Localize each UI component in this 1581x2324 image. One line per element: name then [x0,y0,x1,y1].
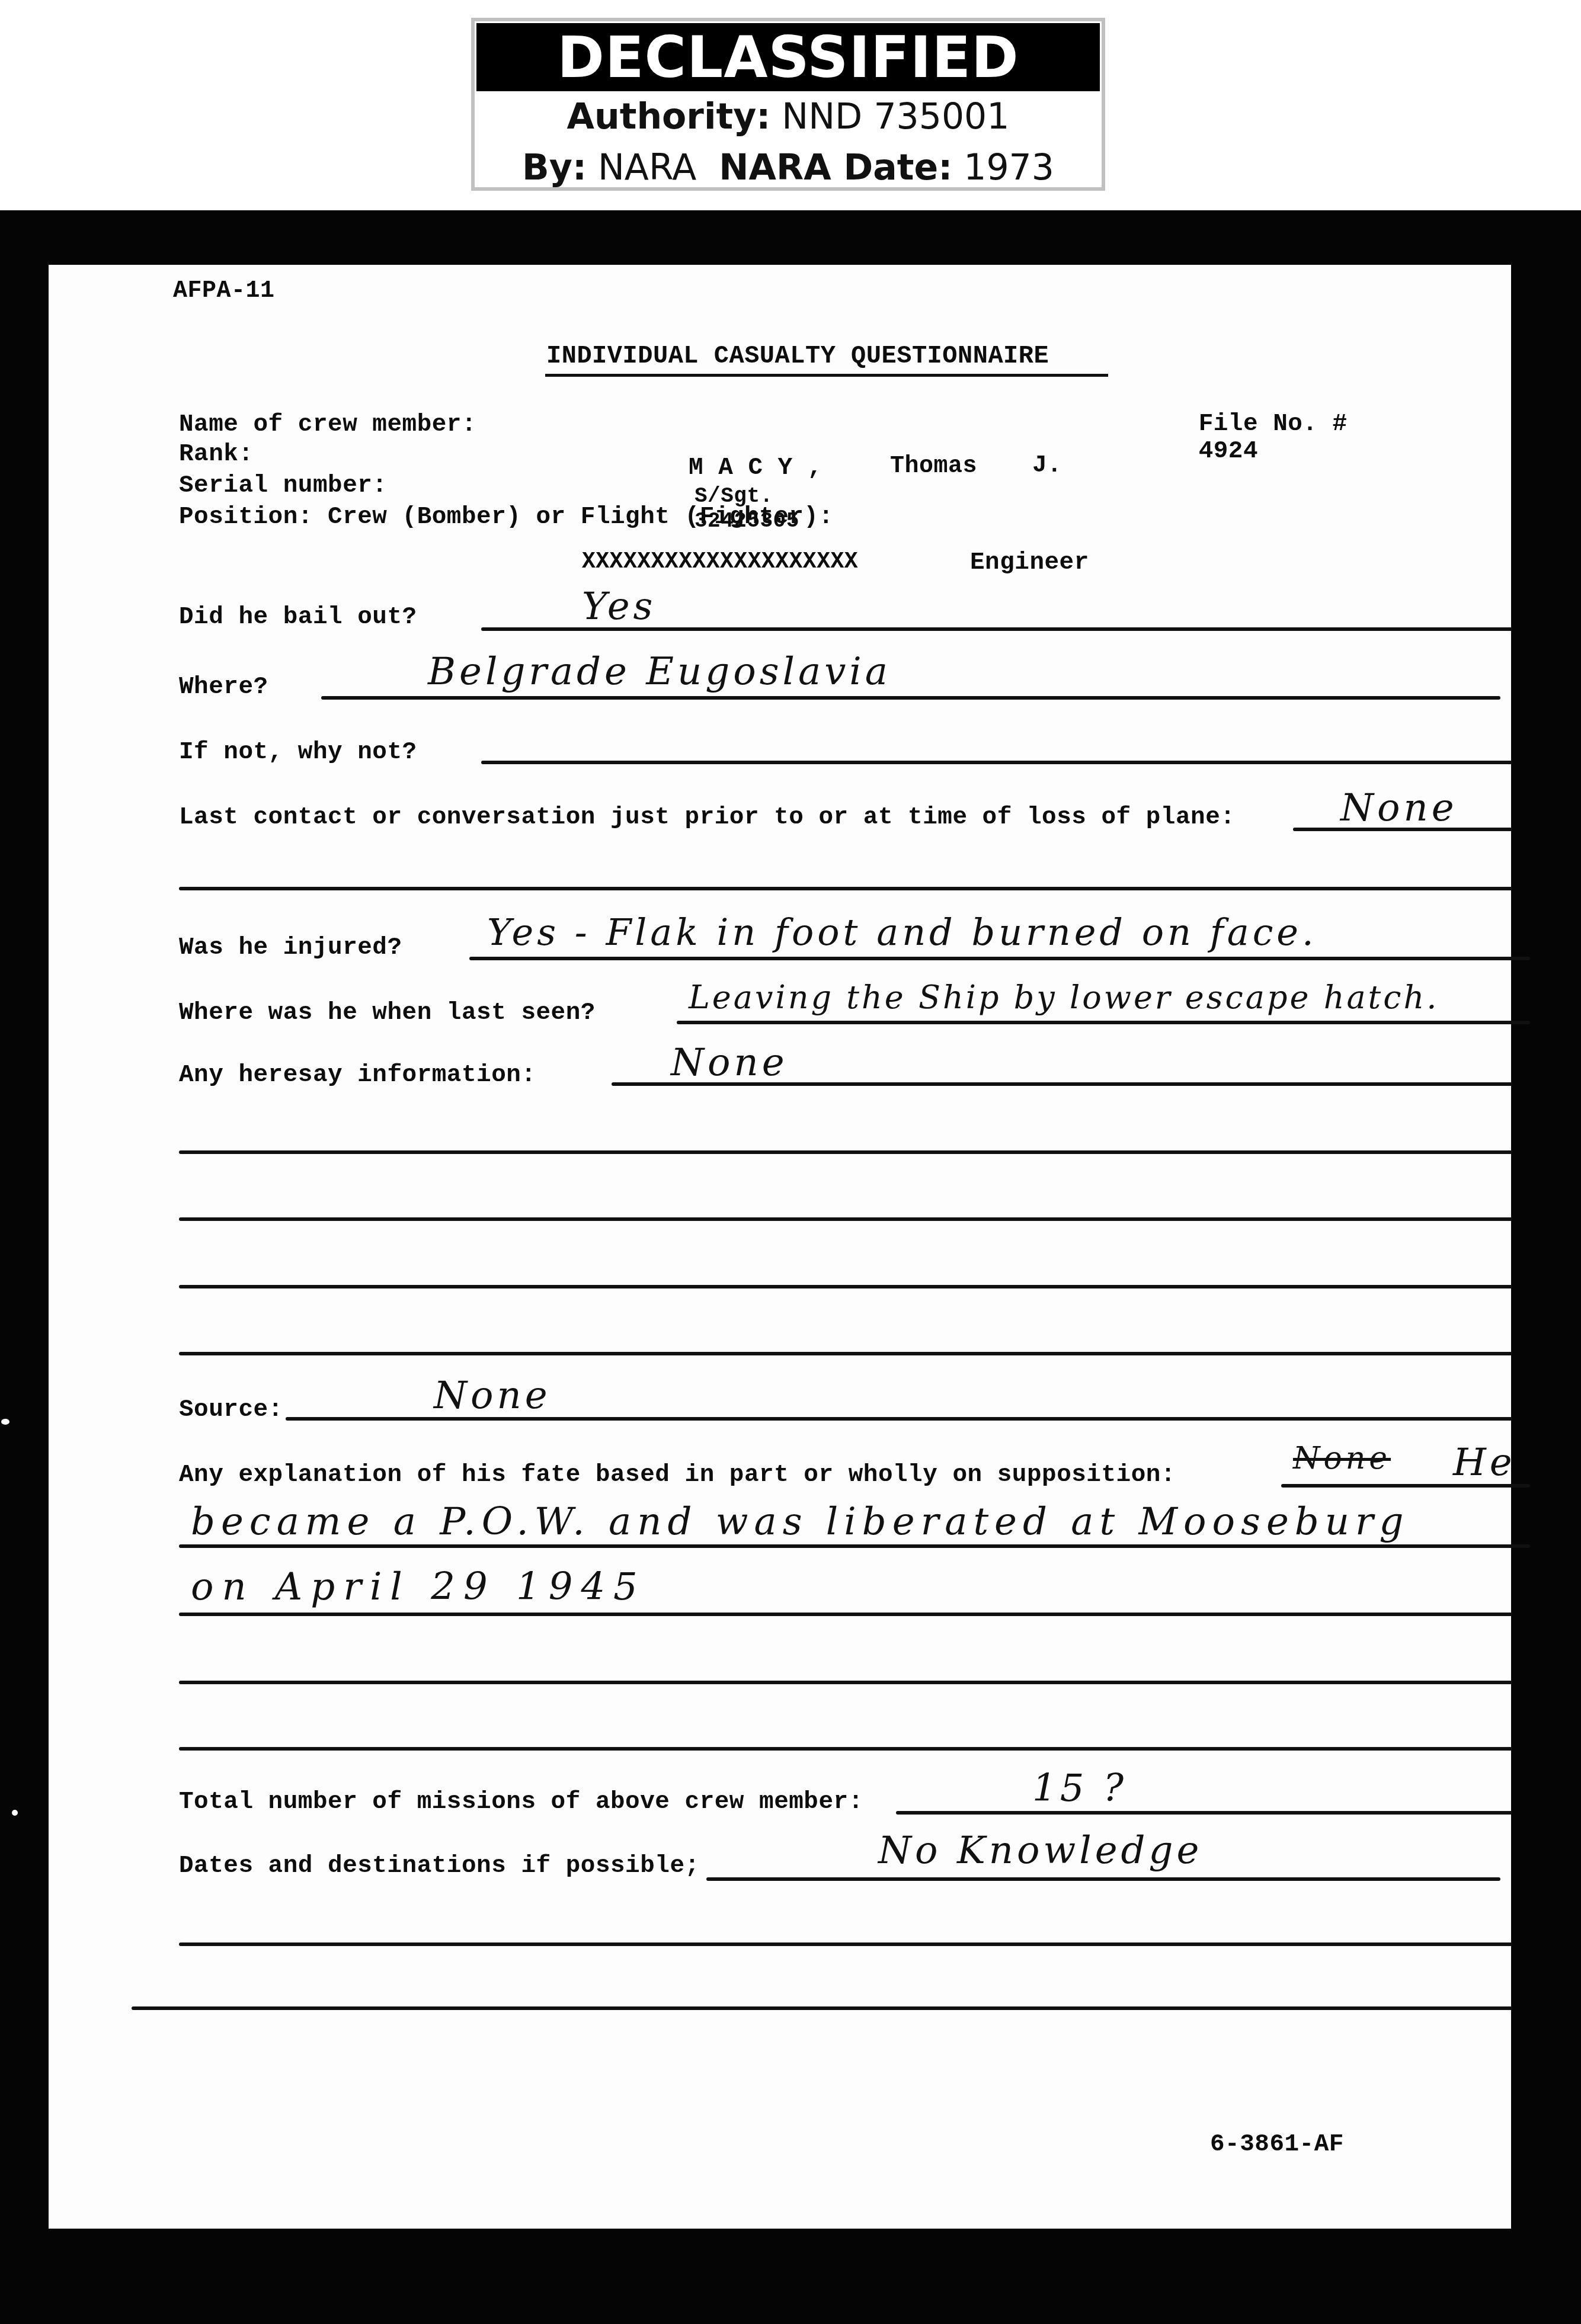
blank-line [179,1942,1512,1946]
answer-where: Belgrade Eugoslavia [428,650,891,694]
position-struck-value: XXXXXXXXXXXXXXXXXXXX [582,549,858,575]
questionnaire-paper: AFPA-11 INDIVIDUAL CASUALTY QUESTIONNAIR… [49,265,1511,2229]
rank-label: Rank: [179,441,254,468]
first-name-value: Thomas [890,453,977,480]
scanned-page-frame: AFPA-11 INDIVIDUAL CASUALTY QUESTIONNAIR… [0,210,1581,2324]
answer-explanation-line-2: became a P.O.W. and was liberated at Moo… [191,1500,1410,1544]
blank-line [179,1352,1512,1355]
answer-bail-out: Yes [582,585,656,629]
by-value: NARA [598,147,696,188]
answer-line [179,1613,1512,1616]
answer-line [179,887,1512,890]
file-no-value: 4924 [1199,438,1258,465]
question-dates: Dates and destinations if possible; [179,1852,700,1880]
blank-line [179,1150,1512,1154]
answer-heresay: None [671,1041,788,1085]
name-label: Name of crew member: [179,411,476,438]
answer-line [896,1811,1512,1815]
rank-value: S/Sgt. [695,484,773,508]
date-label: NARA Date: [719,147,952,188]
stamp-title: DECLASSIFIED [476,23,1100,91]
answer-explanation-start: He [1453,1441,1516,1485]
form-title: INDIVIDUAL CASUALTY QUESTIONNAIRE [546,342,1049,370]
by-label: By: [522,147,587,188]
question-where: Where? [179,674,268,701]
stamp-by-date: By: NARA NARA Date: 1973 [475,142,1102,193]
scan-speck [1,1419,9,1425]
file-no-label: File No. # [1199,411,1348,438]
blank-line [179,1747,1512,1751]
form-code: AFPA-11 [173,278,275,304]
question-heresay: Any heresay information: [179,1062,536,1089]
authority-label: Authority: [567,96,771,137]
question-explanation: Any explanation of his fate based in par… [179,1461,1176,1489]
answer-dates: No Knowledge [878,1829,1202,1873]
question-last-contact: Last contact or conversation just prior … [179,804,1235,831]
answer-missions: 15 ? [1032,1767,1127,1810]
question-last-seen: Where was he when last seen? [179,999,596,1027]
question-missions: Total number of missions of above crew m… [179,1788,863,1816]
question-injured: Was he injured? [179,934,402,961]
answer-line [321,696,1500,700]
answer-explanation-line-3: on April 29 1945 [191,1565,646,1609]
title-underline [545,374,1108,377]
surname-value: M A C Y , [689,454,822,482]
declassified-stamp: DECLASSIFIED Authority: NND 735001 By: N… [471,18,1105,191]
serial-value: 32425305 [695,509,799,533]
blank-line [179,1217,1512,1221]
middle-initial-value: J. [1032,452,1062,479]
stamp-authority: Authority: NND 735001 [475,91,1102,142]
answer-last-seen: Leaving the Ship by lower escape hatch. [689,979,1439,1016]
position-value: Engineer [970,549,1089,576]
answer-injured: Yes - Flak in foot and burned on face. [487,911,1317,954]
serial-label: Serial number: [179,472,387,499]
answer-explanation-struck: None [1293,1441,1391,1476]
blank-line [179,1285,1512,1288]
question-bail-out: Did he bail out? [179,604,417,631]
blank-line [132,2006,1512,2010]
question-if-not: If not, why not? [179,739,417,766]
answer-line [706,1877,1500,1881]
date-value: 1973 [964,147,1054,188]
answer-line [481,761,1512,764]
question-source: Source: [179,1396,283,1424]
answer-line [677,1021,1530,1024]
answer-line [469,957,1530,960]
authority-value: NND 735001 [782,96,1009,137]
form-footer-code: 6-3861-AF [1210,2131,1344,2158]
blank-line [179,1681,1512,1684]
answer-last-contact: None [1340,786,1458,830]
scan-speck [12,1810,18,1816]
answer-source: None [434,1374,551,1418]
answer-line [179,1544,1530,1548]
file-number: File No. # 4924 [1109,383,1348,492]
